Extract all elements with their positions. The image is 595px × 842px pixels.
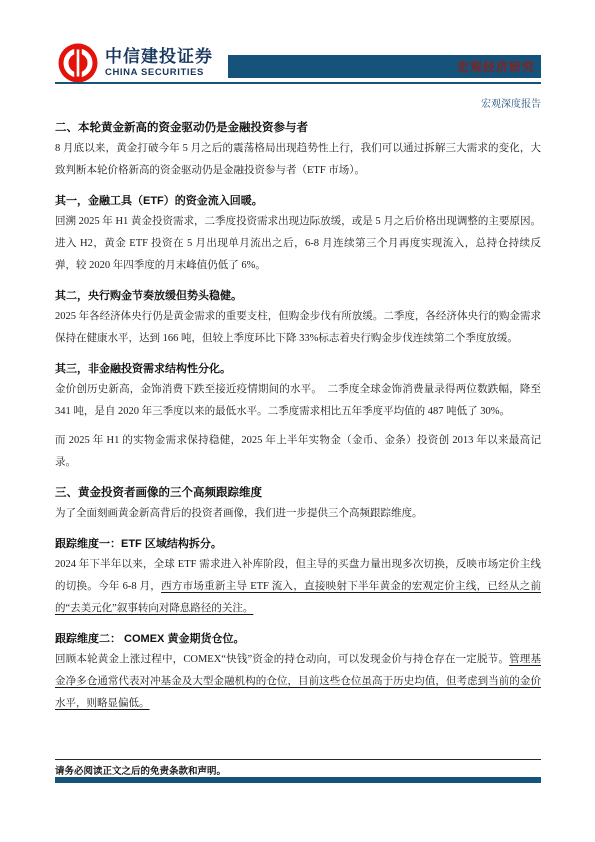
brand-wordmark: 中信建投证券 CHINA SECURITIES [105,48,213,78]
banner-label: 宏观经济研究 [457,58,535,75]
header-divider [55,82,541,84]
paragraph-text: 金价创历史新高，金饰消费下跌至接近疫情期间的水平。 二季度全球金饰消费量录得两位… [55,384,541,417]
brand-name-cn: 中信建投证券 [105,48,213,66]
heading-text: 跟踪维度二： COMEX 黄金期货仓位。 [55,633,244,645]
footer-bar [55,777,541,783]
section-heading-3: 三、黄金投资者画像的三个高频跟踪维度 [55,483,541,503]
paragraph-text: 为了全面刻画黄金新高背后的投资者画像，我们进一步提供三个高频跟踪维度。 [55,508,423,519]
subsection-heading-demand-2: 其二，央行购金节奏放缓但势头稳健。 [55,286,541,306]
heading-text: 跟踪维度一：ETF 区域结构拆分。 [55,538,222,550]
heading-text: 其二，央行购金节奏放缓但势头稳健。 [55,290,242,302]
report-page: 中信建投证券 CHINA SECURITIES 宏观经济研究 宏观深度报告 二、… [0,0,595,842]
paragraph-text: 2025 年各经济体央行仍是黄金需求的重要支柱，但购金步伐有所放缓。二季度，各经… [55,311,541,344]
subsection-heading-track-1: 跟踪维度一：ETF 区域结构拆分。 [55,534,541,554]
paragraph: 8 月底以来，黄金打破今年 5 月之后的震荡格局出现趋势性上行，我们可以通过拆解… [55,138,541,182]
csc-coin-logo-icon [58,43,98,83]
paragraph: 金价创历史新高，金饰消费下跌至接近疫情期间的水平。 二季度全球金饰消费量录得两位… [55,379,541,423]
paragraph: 回顾本轮黄金上涨过程中，COMEX“快钱”资金的持仓动向，可以发现金价与持仓存在… [55,649,541,715]
paragraph: 而 2025 年 H1 的实物金需求保持稳健，2025 年上半年实物金（金币、金… [55,430,541,474]
brand-name-en: CHINA SECURITIES [105,68,213,78]
paragraph-text: 8 月底以来，黄金打破今年 5 月之后的震荡格局出现趋势性上行，我们可以通过拆解… [55,143,541,176]
paragraph: 为了全面刻画黄金新高背后的投资者画像，我们进一步提供三个高频跟踪维度。 [55,503,541,525]
heading-text: 其三，非金融投资需求结构性分化。 [55,363,231,375]
footer-divider [55,759,541,760]
paragraph: 2024 年下半年以来，全球 ETF 需求进入补库阶段，但主导的买盘力量出现多次… [55,554,541,620]
category-banner: 宏观经济研究 [228,55,541,78]
report-type-label: 宏观深度报告 [481,95,541,110]
subsection-heading-track-2: 跟踪维度二： COMEX 黄金期货仓位。 [55,629,541,649]
heading-text: 二、本轮黄金新高的资金驱动仍是金融投资参与者 [55,122,308,134]
footer-disclaimer: 请务必阅读正文之后的免责条款和声明。 [55,763,226,777]
subsection-heading-demand-3: 其三，非金融投资需求结构性分化。 [55,359,541,379]
paragraph-text: 回溯 2025 年 H1 黄金投资需求，二季度投资需求出现边际放缓，或是 5 月… [55,216,541,271]
paragraph: 2025 年各经济体央行仍是黄金需求的重要支柱，但购金步伐有所放缓。二季度，各经… [55,306,541,350]
section-heading-2: 二、本轮黄金新高的资金驱动仍是金融投资参与者 [55,118,541,138]
brand-logo: 中信建投证券 CHINA SECURITIES [58,43,213,83]
paragraph-text: 而 2025 年 H1 的实物金需求保持稳健，2025 年上半年实物金（金币、金… [55,435,541,468]
heading-text: 三、黄金投资者画像的三个高频跟踪维度 [55,487,262,499]
paragraph-text: 回顾本轮黄金上涨过程中，COMEX“快钱”资金的持仓动向，可以发现金价与持仓存在… [55,654,509,665]
paragraph: 回溯 2025 年 H1 黄金投资需求，二季度投资需求出现边际放缓，或是 5 月… [55,211,541,277]
report-body: 二、本轮黄金新高的资金驱动仍是金融投资参与者 8 月底以来，黄金打破今年 5 月… [55,112,541,722]
subsection-heading-demand-1: 其一，金融工具（ETF）的资金流入回暖。 [55,191,541,211]
heading-text: 其一，金融工具（ETF）的资金流入回暖。 [55,195,263,207]
